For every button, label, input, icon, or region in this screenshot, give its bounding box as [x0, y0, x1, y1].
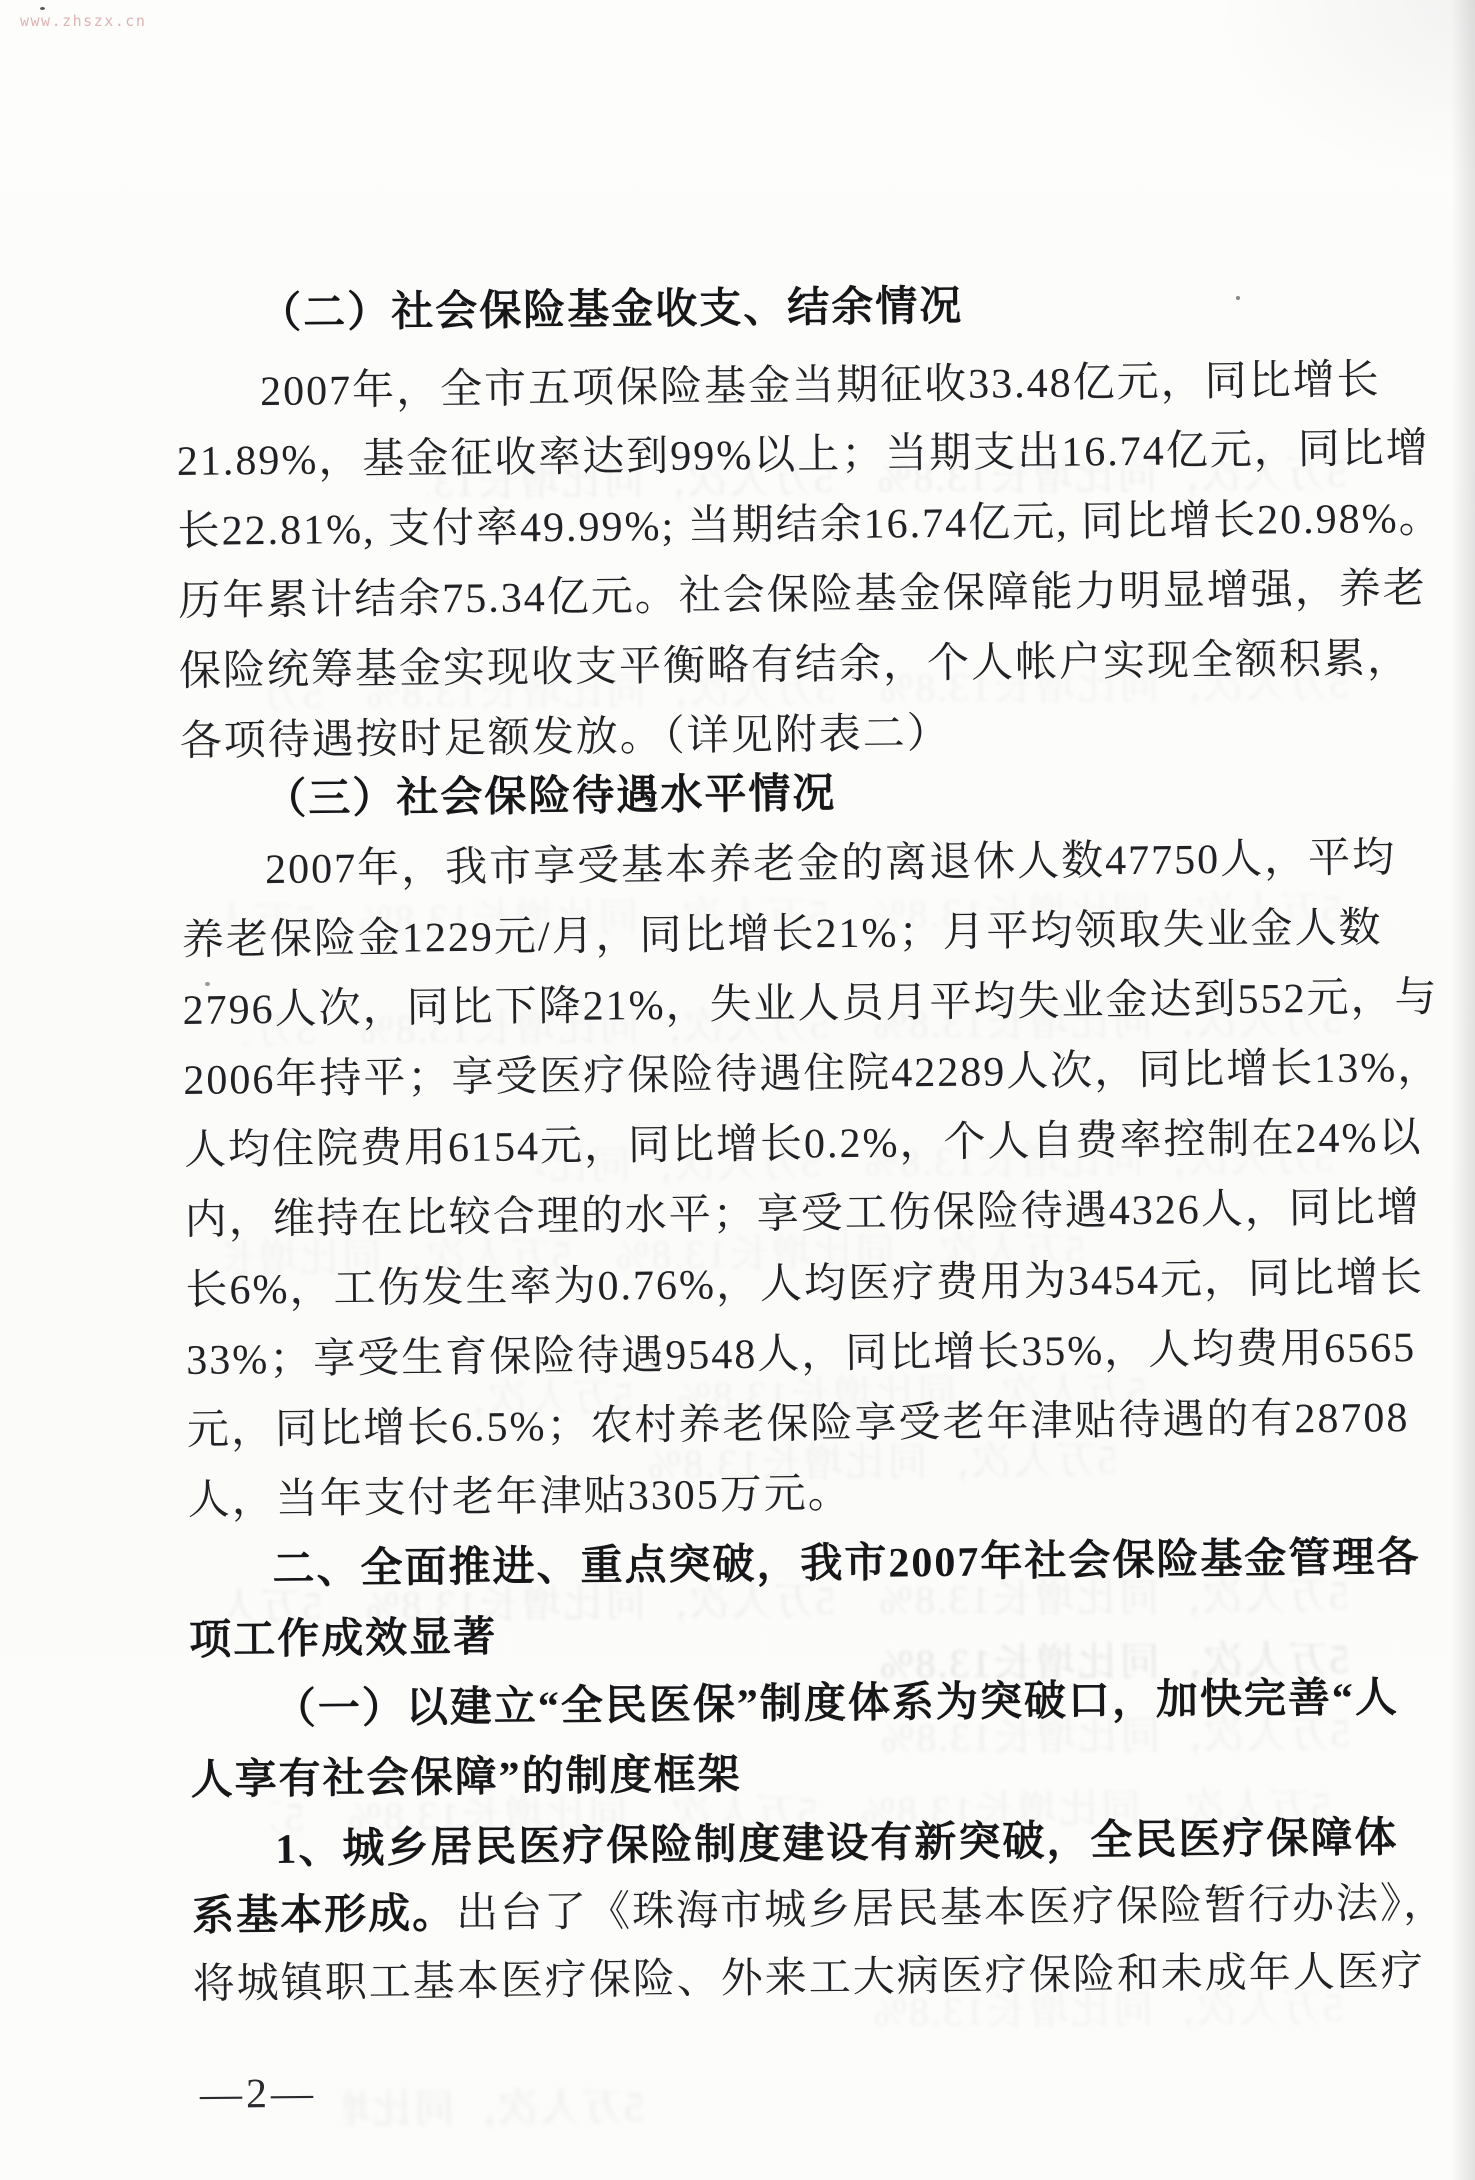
para2-line-2: 养老保险金1229元/月，同比增长21%；月平均领取失业金人数 [181, 893, 1382, 976]
para3-line-2-regular-run: 出台了《珠海市城乡居民基本医疗保险暂行办法》， [456, 1881, 1447, 1937]
scanned-document-page: www.zhszx.cn 5万人次，同比增长13.8% 5万人次，同比增长13.… [0, 0, 1475, 2180]
scan-speck [40, 7, 45, 10]
para3-line-2-bold-run: 系基本形成。 [192, 1891, 456, 1940]
site-watermark-url: www.zhszx.cn [20, 12, 146, 30]
para1-line-2: 21.89%，基金征收率达到99%以上；当期支出16.74亿元，同比增 [176, 414, 1430, 497]
scan-speck [205, 982, 210, 986]
heading-part-2-line-1: 二、全面推进、重点突破，我市2007年社会保险基金管理各 [272, 1523, 1421, 1605]
para2-line-9: 元，同比增长6.5%；农村养老保险享受老年津贴待遇的有28708 [187, 1383, 1410, 1466]
para3-line-3: 将城镇职工基本医疗保险、外来工大病医疗保险和未成年人医疗 [192, 1937, 1425, 2020]
scan-edge-shading-right [1451, 0, 1475, 2180]
heading-section-3: （三）社会保险待遇水平情况 [264, 759, 837, 835]
para1-line-5: 保险统筹基金实现收支平衡略有结余，个人帐户实现全额积累， [179, 624, 1412, 707]
bleed-through-text: 5万人次，同比增长13.8% [344, 2083, 644, 2134]
heading-item-1-line-2: 人享有社会保障”的制度框架 [190, 1740, 742, 1816]
para2-line-4: 2006年持平；享受医疗保险待遇住院42289人次，同比增长13%， [183, 1033, 1442, 1116]
para2-line-1: 2007年，我市享受基本养老金的离退休人数47750人，平均 [265, 823, 1397, 905]
para2-line-5: 人均住院费用6154元，同比增长0.2%，个人自费率控制在24%以 [184, 1103, 1423, 1186]
para2-line-6: 内，维持在比较合理的水平；享受工伤保险待遇4326人，同比增 [184, 1173, 1421, 1256]
para2-line-3: 2796人次，同比下降21%，失业人员月平均失业金达到552元，与 [182, 963, 1439, 1046]
para1-line-4: 历年累计结余75.34亿元。社会保险基金保障能力明显增强，养老 [178, 554, 1427, 637]
para2-line-10: 人，当年支付老年津贴3305万元。 [187, 1459, 852, 1536]
document-text-block: 5万人次，同比增长13.8% 5万人次，同比增长13.8% 5万人次，同比增长1… [172, 0, 1405, 2180]
heading-item-1-line-1: （一）以建立“全民医保”制度体系为突破口，加快完善“人 [274, 1663, 1400, 1745]
scan-speck [1236, 296, 1240, 300]
heading-part-2-line-2: 项工作成效显著 [189, 1603, 498, 1676]
para2-line-7: 长6%，工伤发生率为0.76%，人均医疗费用为3454元，同比增长 [185, 1243, 1424, 1326]
para1-line-1: 2007年，全市五项保险基金当期征收33.48亿元，同比增长 [260, 345, 1381, 427]
heading-section-2: （二）社会保险基金收支、结余情况 [259, 272, 964, 349]
para1-line-3: 长22.81%, 支付率49.99%; 当期结余16.74亿元, 同比增长20.… [177, 484, 1443, 567]
para2-line-8: 33%；享受生育保险待遇9548人，同比增长35%，人均费用6565 [186, 1313, 1417, 1396]
page-number: —2— [200, 2059, 318, 2130]
scan-edge-shading-top [1215, 0, 1475, 180]
